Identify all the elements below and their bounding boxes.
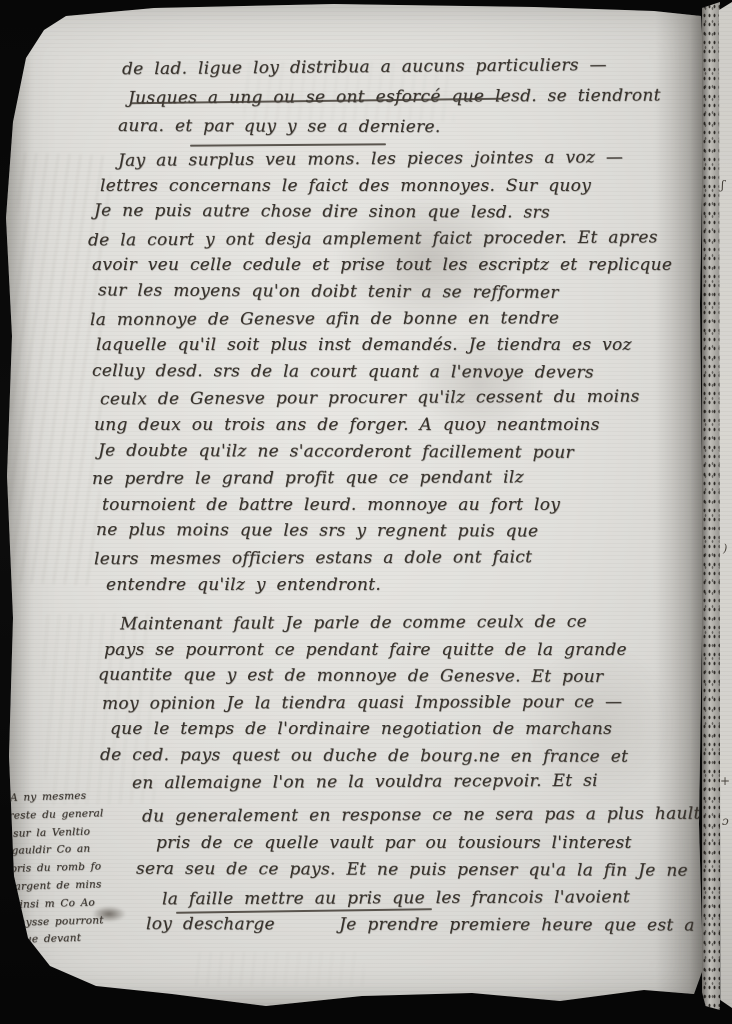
handwritten-line: Jusques a ung ou se ont esforcé que lesd… — [128, 81, 661, 114]
handwritten-line: moy opinion Je la tiendra quasi Impossib… — [102, 689, 628, 717]
stroke-fragment: ) — [723, 542, 727, 555]
stroke-fragment: ʃ — [721, 178, 724, 192]
body-paragraph-moneys: Jay au surplus veu mons. les pieces join… — [90, 146, 672, 598]
closing-lines: du generalement en response ce ne sera p… — [132, 802, 704, 940]
handwritten-line: aura. et par quy y se a derniere. — [118, 111, 661, 143]
margin-note: A ny mesmes reste du general sur la Venl… — [10, 786, 146, 950]
handwritten-line: quantite que y est de monnoye de Genesve… — [98, 662, 628, 691]
stroke-fragment: + — [720, 774, 730, 788]
handwritten-line: pris de ce quelle vault par ou tousiours… — [156, 830, 704, 858]
page-fold-edge — [702, 2, 720, 1010]
handwritten-line: lettres concernans le faict des monnoyes… — [100, 173, 672, 200]
opening-paragraph: de lad. ligue loy distribua a aucuns par… — [122, 52, 661, 142]
manuscript-scan: de lad. ligue loy distribua a aucuns par… — [0, 0, 732, 1024]
handwritten-line: Je ne puis autre chose dire sinon que le… — [94, 198, 672, 227]
handwritten-line: ung deux ou trois ans de forger. A quoy … — [94, 412, 672, 439]
handwritten-line: leurs mesmes officiers estans a dole ont… — [94, 544, 672, 573]
handwritten-line: de lad. ligue loy distribua a aucuns par… — [122, 50, 661, 85]
handwritten-line: ne plus moins que les srs y regnent puis… — [96, 517, 672, 546]
handwritten-line: Je doubte qu'ilz ne s'accorderont facill… — [98, 437, 672, 466]
handwritten-line: la monnoye de Genesve afin de bonne en t… — [90, 305, 672, 334]
body-paragraph-geneva: Maintenant fault Je parle de comme ceulx… — [96, 610, 628, 796]
handwritten-line: la faille mettre au pris que les francoi… — [162, 883, 704, 913]
handwritten-line: laquelle qu'il soit plus inst demandés. … — [96, 332, 672, 359]
handwritten-line: du generalement en response ce ne sera p… — [142, 800, 704, 831]
handwritten-line: sur les moyens qu'on doibt tenir a se re… — [98, 277, 672, 307]
handwritten-line: de la court y ont desja amplement faict … — [88, 224, 672, 254]
manuscript-page: de lad. ligue loy distribua a aucuns par… — [4, 4, 704, 1016]
handwritten-line: pays se pourront ce pendant faire quitte… — [104, 637, 628, 664]
bleedthrough-texture — [194, 952, 364, 986]
handwritten-line: ne perdre le grand profit que ce pendant… — [92, 464, 672, 493]
next-page-edge: ʃ ) + ɔ — [719, 2, 732, 1008]
handwritten-line: que le temps de l'ordinaire negotiation … — [110, 716, 628, 743]
handwritten-line: Jay au surplus veu mons. les pieces join… — [118, 144, 672, 174]
handwritten-line: celluy desd. srs de la court quant a l'e… — [92, 358, 672, 387]
handwritten-line: sera seu de ce pays. Et ne puis penser q… — [136, 856, 704, 886]
handwritten-line: Maintenant fault Je parle de comme ceulx… — [120, 609, 628, 638]
handwritten-line: entendre qu'ilz y entendront. — [106, 572, 672, 599]
handwritten-line: de ced. pays quest ou duche de bourg.ne … — [100, 742, 628, 770]
margin-note-line: que devant — [18, 929, 146, 950]
handwritten-line: loy descharge Je prendre premiere heure … — [146, 911, 704, 940]
handwritten-line: ceulx de Genesve pour procurer qu'ilz ce… — [100, 384, 672, 414]
handwritten-line: en allemaigne l'on ne la vouldra recepvo… — [132, 768, 628, 797]
handwritten-line: avoir veu celle cedule et prise tout les… — [92, 252, 672, 279]
handwritten-line: tournoient de battre leurd. monnoye au f… — [102, 492, 672, 519]
stroke-fragment: ɔ — [722, 814, 729, 828]
